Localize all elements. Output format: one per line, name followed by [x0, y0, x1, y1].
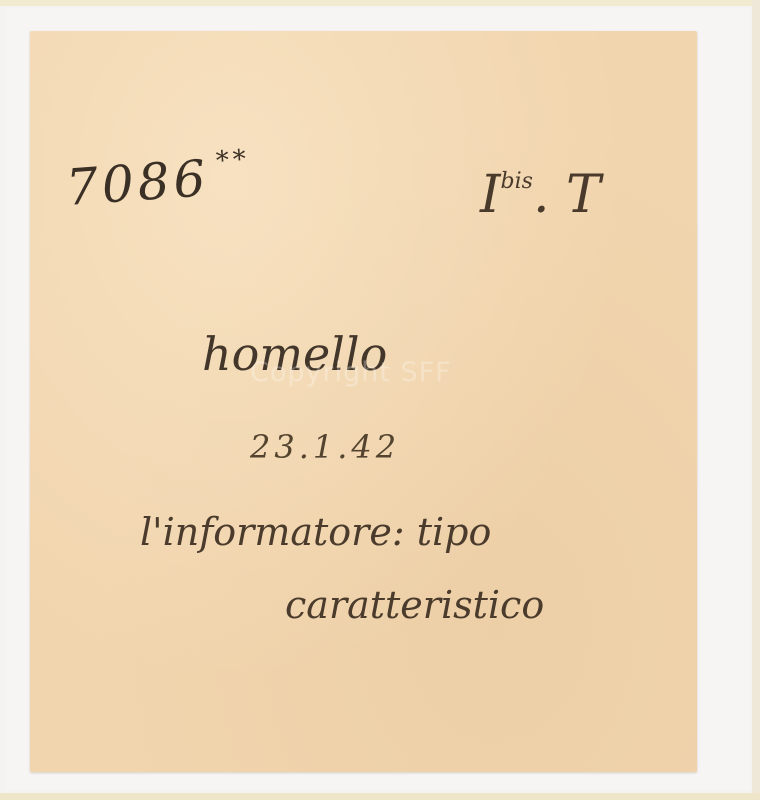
note-line-2: caratteristico: [285, 586, 544, 624]
catalog-stars: **: [215, 144, 251, 176]
note-line-1: l'informatore: tipo: [140, 513, 491, 551]
series-mark-suffix: . T: [533, 165, 601, 225]
handwritten-index-card: 7086** Ibis. T homello 23.1.42 l'informa…: [30, 31, 697, 772]
bottom-edge-strip: [0, 793, 760, 800]
catalog-number: 7086**: [65, 150, 253, 213]
series-mark: Ibis. T: [480, 169, 601, 221]
series-mark-superscript: bis: [501, 169, 533, 194]
right-edge-strip: [752, 0, 760, 800]
top-edge-strip: [0, 0, 760, 6]
date: 23.1.42: [250, 431, 400, 463]
copyright-watermark: Copyright SFF: [250, 357, 452, 388]
catalog-number-value: 7086: [64, 149, 211, 217]
series-mark-main: I: [480, 165, 501, 225]
